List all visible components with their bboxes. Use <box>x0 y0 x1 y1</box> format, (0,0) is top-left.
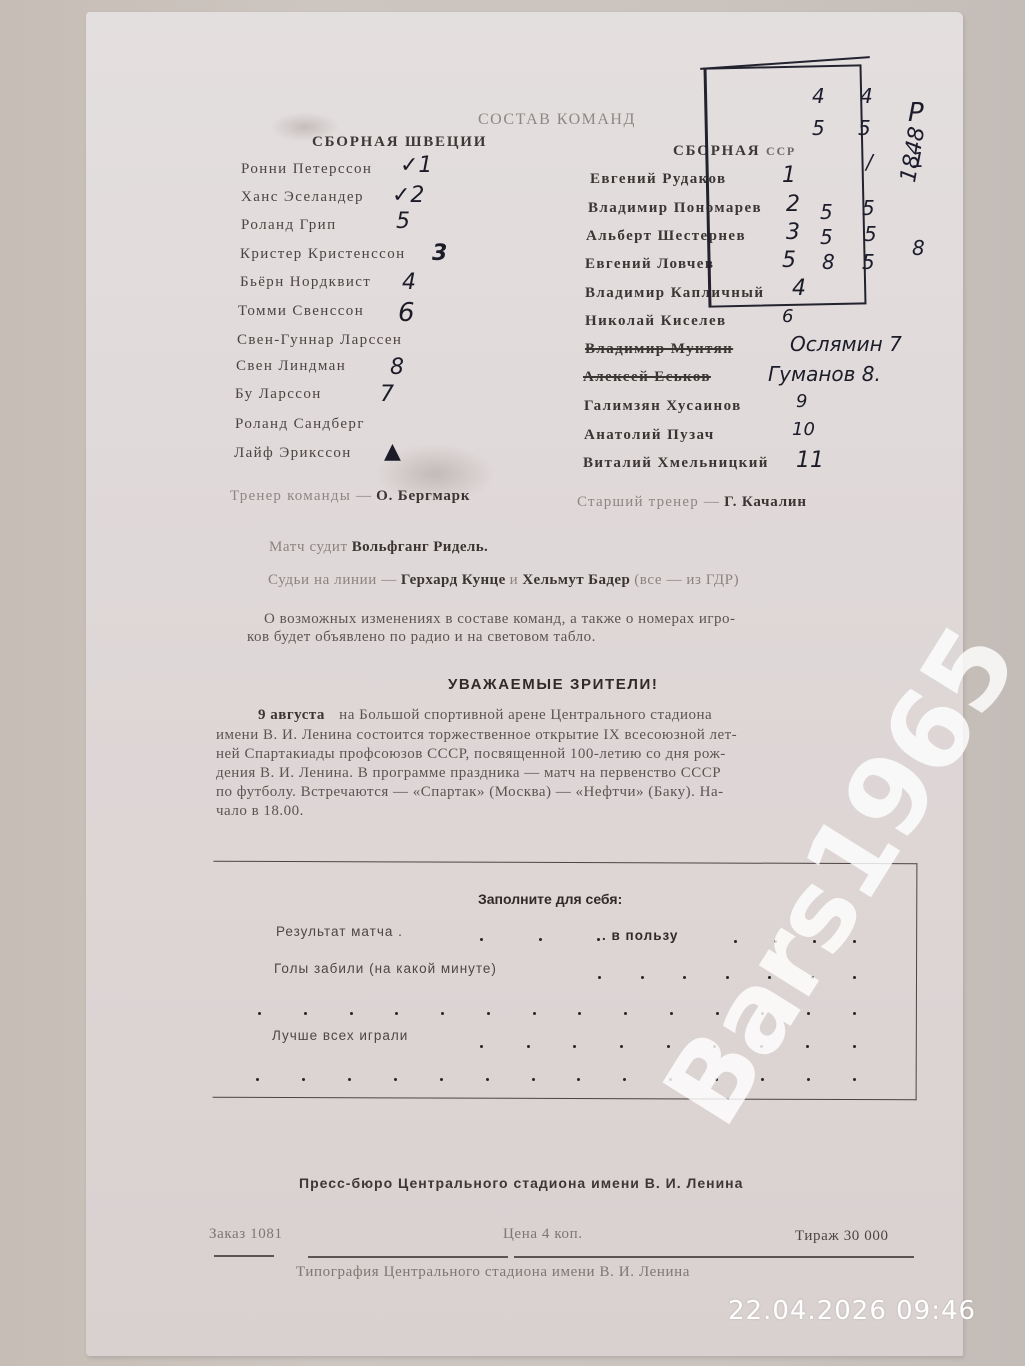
announcement-line: имени В. И. Ленина состоится торжественн… <box>216 726 737 745</box>
player-name: Свен Линдман <box>236 358 346 374</box>
fill-in-title: Заполните для себя: <box>478 891 622 907</box>
coach-name: Г. Качалин <box>724 494 807 510</box>
player-row: Свен Линдман <box>236 358 346 375</box>
player-row-struck: Алексей Еськов <box>583 369 711 386</box>
handwritten-number: 5 <box>396 209 410 234</box>
referee-line: Матч судит Вольфганг Ридель. <box>269 538 488 556</box>
handwritten-substitute: Гуманов 8. <box>768 362 881 386</box>
handwritten-number: 8 <box>390 355 404 380</box>
announcement-line: дения В. И. Ленина. В программе праздник… <box>216 764 721 783</box>
player-row: Роланд Грип <box>241 217 337 234</box>
handwritten-digit: 4 <box>860 84 873 108</box>
goals-label: Голы забили (на какой минуте) <box>274 961 497 976</box>
handwritten-number: 3 <box>432 241 447 266</box>
player-name: Свен-Гуннар Ларссен <box>237 332 402 348</box>
player-row: Ханс Эселандер <box>241 189 364 206</box>
lineup-change-notice-line: О возможных изменениях в составе команд,… <box>264 610 736 629</box>
printer: Типография Центрального стадиона имени В… <box>296 1264 690 1281</box>
dotted-blank <box>480 938 600 941</box>
player-row: Бьёрн Нордквист <box>240 274 371 291</box>
announcement-line: по футболу. Встречаются — «Спартак» (Мос… <box>216 783 724 802</box>
player-row: Николай Киселев <box>585 313 727 330</box>
handwritten-digit: 5 <box>820 225 833 249</box>
handwritten-number: 9 <box>796 391 807 412</box>
player-row: Роланд Сандберг <box>235 416 365 433</box>
handwritten-number: ✓2 <box>392 183 424 208</box>
in-favor-label: . в пользу <box>602 928 678 943</box>
player-row: Евгений Ловчев <box>585 256 714 273</box>
lineups-heading: СОСТАВ КОМАНД <box>478 111 636 129</box>
handwritten-letter: Р <box>908 98 924 128</box>
price: Цена 4 коп. <box>503 1226 583 1243</box>
player-row: Кристер Кристенссон <box>240 246 406 263</box>
player-row: Бу Ларссон <box>235 386 322 403</box>
best-players-label: Лучше всех играли <box>272 1028 408 1043</box>
referee-label: Матч судит <box>269 539 348 555</box>
player-row-struck: Владимир Мунтян <box>585 341 733 358</box>
announcement-text: на Большой спортивной арене Центрального… <box>339 707 712 723</box>
handwritten-number: 6 <box>782 306 793 327</box>
circulation: Тираж 30 000 <box>795 1228 889 1245</box>
conjunction: и <box>510 572 519 588</box>
player-row: Свен-Гуннар Ларссен <box>237 332 402 349</box>
player-name: Роланд Сандберг <box>235 416 365 432</box>
handwritten-substitute: Ослямин 7 <box>790 332 902 356</box>
handwritten-number: 10 <box>792 419 815 440</box>
announcement-line: ней Спартакиады профсоюзов СССР, посвяще… <box>216 745 726 764</box>
player-name: Лайф Эрикссон <box>234 445 352 461</box>
photo-timestamp: 22.04.2026 09:46 <box>728 1296 976 1326</box>
handwritten-number: 4 <box>402 270 416 295</box>
player-name: Бьёрн Нордквист <box>240 274 371 290</box>
handwritten-digit: 5 <box>858 116 871 140</box>
coach-label: Тренер команды — <box>230 488 372 504</box>
linesmen-origin: (все — из ГДР) <box>634 572 739 588</box>
handwritten-mark: ▲ <box>384 439 401 464</box>
handwritten-number: ✓1 <box>400 153 432 178</box>
handwritten-digit: 5 <box>862 250 875 274</box>
player-row: Ронни Петерссон <box>241 161 372 178</box>
player-name: Роланд Грип <box>241 217 337 233</box>
lineup-change-notice-line: ков будет объявлено по радио и на светов… <box>247 628 596 647</box>
announcement-line: 9 августа на Большой спортивной арене Це… <box>258 706 712 725</box>
handwritten-digit: 8 <box>912 236 925 260</box>
coach-name: О. Бергмарк <box>376 488 470 504</box>
handwritten-number: 7 <box>380 382 394 407</box>
announcement-line: чало в 18.00. <box>216 802 304 821</box>
team-sweden-title: СБОРНАЯ ШВЕЦИИ <box>312 134 487 151</box>
handwritten-number: 6 <box>398 298 415 328</box>
handwritten-digit: 5 <box>862 196 875 220</box>
linesmen-line: Судьи на линии — Герхард Кунце и Хельмут… <box>268 571 739 589</box>
order-number: Заказ 1081 <box>209 1226 283 1243</box>
team-ussr-coach: Старший тренер — Г. Качалин <box>577 493 807 511</box>
coach-label: Старший тренер — <box>577 494 720 510</box>
footer-rule <box>214 1255 274 1257</box>
handwritten-digit: 8 <box>822 250 835 274</box>
player-row: Томми Свенссон <box>238 303 364 320</box>
player-row: Виталий Хмельницкий <box>583 455 769 472</box>
player-name: Кристер Кристенссон <box>240 246 406 262</box>
player-row: Анатолий Пузач <box>584 427 715 444</box>
footer-rule <box>514 1256 914 1258</box>
handwritten-digit: 5 <box>812 116 825 140</box>
player-name: Томми Свенссон <box>238 303 364 319</box>
handwritten-digit: / <box>866 150 873 174</box>
linesman-name: Герхард Кунце <box>401 572 506 588</box>
linesmen-label: Судьи на линии — <box>268 572 397 588</box>
handwritten-digit: 4 <box>812 84 825 108</box>
announcement-heading: УВАЖАЕМЫЕ ЗРИТЕЛИ! <box>448 676 658 693</box>
player-row: Лайф Эрикссон <box>234 445 352 462</box>
handwritten-score-box <box>704 64 867 307</box>
match-result-label: Результат матча . <box>276 924 403 939</box>
handwritten-digit: 5 <box>864 222 877 246</box>
team-sweden-coach: Тренер команды — О. Бергмарк <box>230 487 470 505</box>
player-row: Галимзян Хусаинов <box>584 398 742 415</box>
handwritten-digit: 5 <box>820 200 833 224</box>
footer-rule <box>308 1256 508 1258</box>
player-name: Ронни Петерссон <box>241 161 372 177</box>
handwritten-number: 11 <box>796 448 824 473</box>
announcement-date: 9 августа <box>258 707 325 723</box>
press-bureau: Пресс-бюро Центрального стадиона имени В… <box>299 1175 743 1191</box>
player-name: Бу Ларссон <box>235 386 322 402</box>
referee-name: Вольфганг Ридель. <box>352 539 489 555</box>
linesman-name: Хельмут Бадер <box>522 572 630 588</box>
player-name: Ханс Эселандер <box>241 189 364 205</box>
